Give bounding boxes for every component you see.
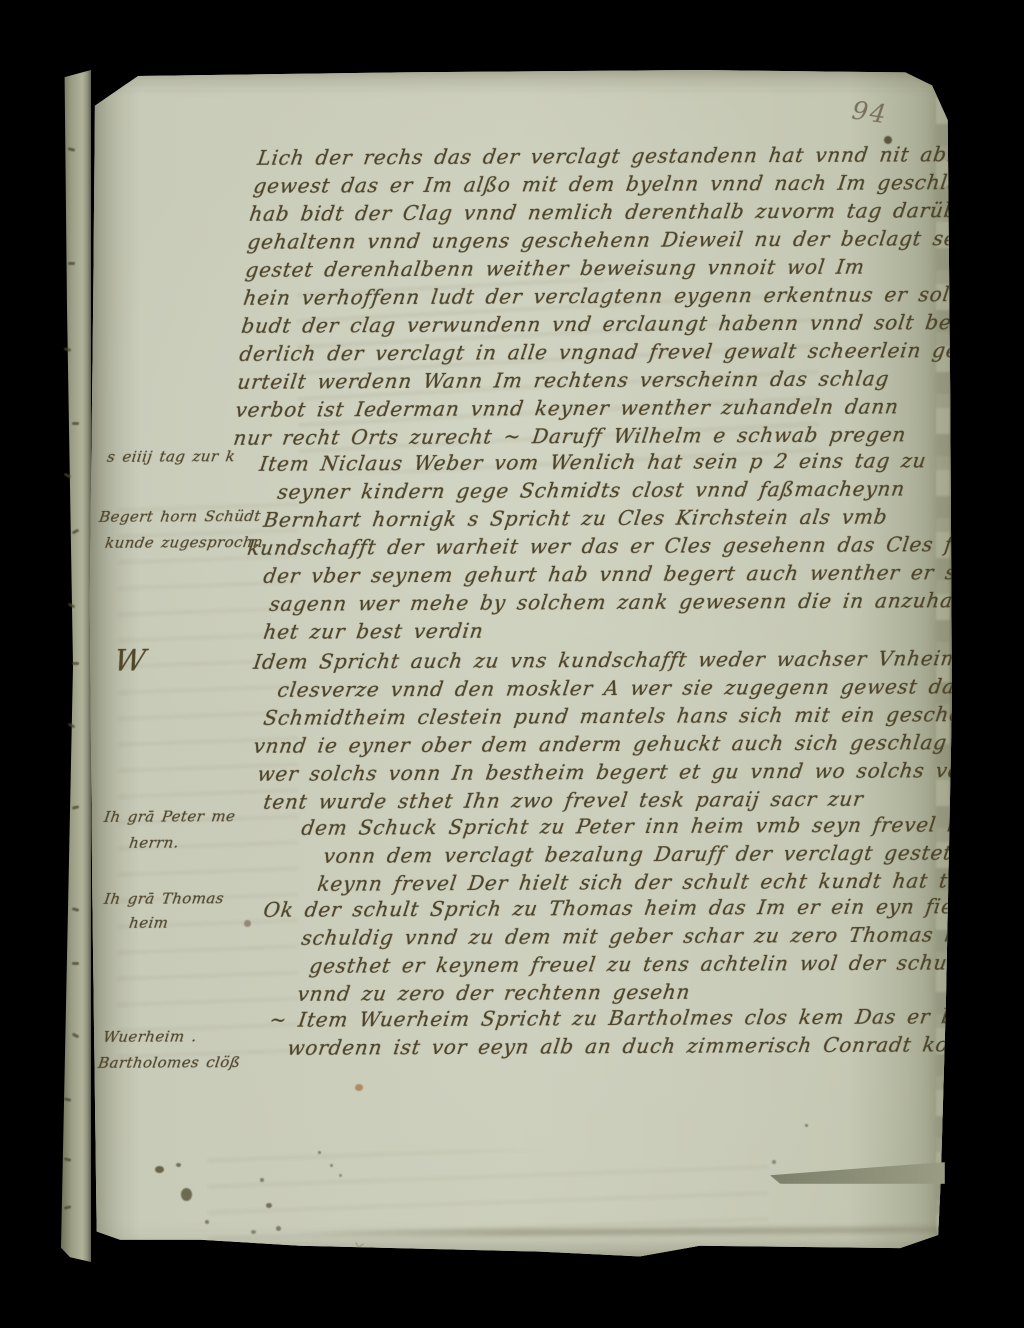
ink-stain bbox=[181, 1188, 192, 1201]
ink-stain bbox=[339, 1174, 342, 1177]
manuscript-line: Lich der rechs das der verclagt gestande… bbox=[256, 142, 1006, 170]
manuscript-line: budt der clag verwundenn vnd erclaungt h… bbox=[240, 310, 992, 338]
ink-stain bbox=[251, 1230, 256, 1234]
manuscript-line: gewest das er Im alßo mit dem byelnn vnn… bbox=[252, 170, 989, 198]
binding-ink-mark bbox=[72, 422, 79, 425]
manuscript-line: verbot ist Iederman vnnd keyner wenther … bbox=[234, 395, 900, 422]
manuscript-line: vonn dem verclagt bezalung Daruff der ve… bbox=[322, 841, 990, 868]
paragraph-mark: W bbox=[112, 644, 148, 679]
manuscript-line: keynn frevel Der hielt sich der schult e… bbox=[316, 868, 1024, 896]
margin-note: s eiiij tag zur k bbox=[106, 447, 236, 466]
pencil-cross-mark: ✕ bbox=[350, 1237, 367, 1258]
ink-stain bbox=[330, 1164, 333, 1167]
binding-ink-mark bbox=[68, 262, 75, 265]
margin-note: Bartholomes clöß bbox=[97, 1053, 241, 1072]
manuscript-page: 94 Lich der rechs das der verclagt gesta… bbox=[88, 70, 952, 1260]
binding-edge-strip bbox=[61, 70, 91, 1262]
showthrough-texture bbox=[208, 1150, 768, 1240]
ink-stain bbox=[176, 1163, 181, 1167]
margin-note: Begert horn Schüdt bbox=[98, 507, 262, 526]
manuscript-line: wer solchs vonn In bestheim begert et gu… bbox=[256, 758, 1006, 786]
manuscript-line: vnnd zu zero der rechtenn gesehn bbox=[296, 980, 692, 1006]
manuscript-line: Schmidtheim clestein pund mantels hans s… bbox=[262, 702, 1002, 730]
ink-stain bbox=[266, 1203, 272, 1208]
manuscript-line: Bernhart hornigk s Spricht zu Cles Kirch… bbox=[262, 505, 889, 532]
page-number: 94 bbox=[850, 96, 890, 130]
manuscript-line: urteilt werdenn Wann Im rechtens versche… bbox=[236, 367, 891, 394]
margin-note: kunde zugesprochn bbox=[104, 533, 264, 552]
manuscript-line: gesthet er keynem freuel zu tens achteli… bbox=[308, 950, 1024, 978]
margin-note: heim bbox=[128, 914, 170, 932]
ink-stain bbox=[244, 920, 251, 927]
ink-stain bbox=[205, 1220, 209, 1224]
manuscript-line: schuldig vnnd zu dem mit geber schar zu … bbox=[300, 922, 1000, 950]
manuscript-line: hein verhoffenn ludt der verclagtenn eyg… bbox=[242, 282, 998, 310]
ink-stain bbox=[884, 136, 892, 144]
manuscript-line: dem Schuck Spricht zu Peter inn heim vmb… bbox=[300, 812, 1021, 840]
binding-ink-mark bbox=[64, 347, 72, 352]
manuscript-line: tent wurde sthet Ihn zwo frevel tesk par… bbox=[262, 787, 865, 814]
margin-note: herrn. bbox=[128, 834, 180, 852]
manuscript-line: der vber seynem gehurt hab vnnd begert a… bbox=[262, 560, 987, 588]
ink-stain bbox=[276, 1226, 281, 1231]
ink-stain bbox=[355, 1084, 363, 1091]
manuscript-line: vnnd ie eyner ober dem anderm gehuckt au… bbox=[252, 730, 1013, 758]
manuscript-line: derlich der verclagt in alle vngnad frev… bbox=[238, 338, 960, 366]
ink-stain bbox=[155, 1166, 164, 1173]
manuscript-line: ~ Item Wuerheim Spricht zu Bartholmes cl… bbox=[268, 1004, 994, 1032]
manuscript-line: clesverze vnnd den moskler A wer sie zug… bbox=[276, 674, 968, 702]
binding-ink-mark bbox=[72, 662, 79, 665]
margin-note: Ih grā Peter me bbox=[103, 807, 237, 826]
ink-stain bbox=[805, 1124, 808, 1127]
manuscript-line: wordenn ist vor eeyn alb an duch zimmeri… bbox=[286, 1032, 1016, 1060]
manuscript-line: gestet derenhalbenn weither beweisung vn… bbox=[244, 255, 866, 282]
manuscript-line: Idem Spricht auch zu vns kundschafft wed… bbox=[252, 646, 962, 674]
ink-stain bbox=[772, 1160, 776, 1164]
manuscript-line: Item Niclaus Weber vom Wenlich hat sein … bbox=[258, 449, 928, 476]
photo-background: 94 Lich der rechs das der verclagt gesta… bbox=[0, 0, 1024, 1328]
manuscript-line: gehaltenn vnnd ungens geschehenn Dieweil… bbox=[246, 226, 1002, 254]
ink-stain bbox=[260, 1178, 264, 1182]
manuscript-line: Ok der schult Sprich zu Thomas heim das … bbox=[262, 894, 987, 922]
manuscript-line: hab bidt der Clag vnnd nemlich derenthal… bbox=[248, 198, 982, 226]
manuscript-line: het zur best verdin bbox=[262, 619, 485, 644]
manuscript-line: seyner kindern gege Schmidts clost vnnd … bbox=[276, 477, 907, 504]
manuscript-line: sagenn wer mehe by solchem zank gewesenn… bbox=[268, 588, 971, 616]
margin-note: Ih grā Thomas bbox=[103, 889, 225, 908]
manuscript-line: kundschafft der warheit wer das er Cles … bbox=[246, 532, 978, 560]
manuscript-line: nur recht Orts zurecht ~ Daruff Wilhelm … bbox=[232, 422, 908, 450]
binding-ink-mark bbox=[72, 962, 79, 965]
margin-note: Wuerheim . bbox=[102, 1028, 198, 1046]
ink-stain bbox=[318, 1151, 321, 1154]
